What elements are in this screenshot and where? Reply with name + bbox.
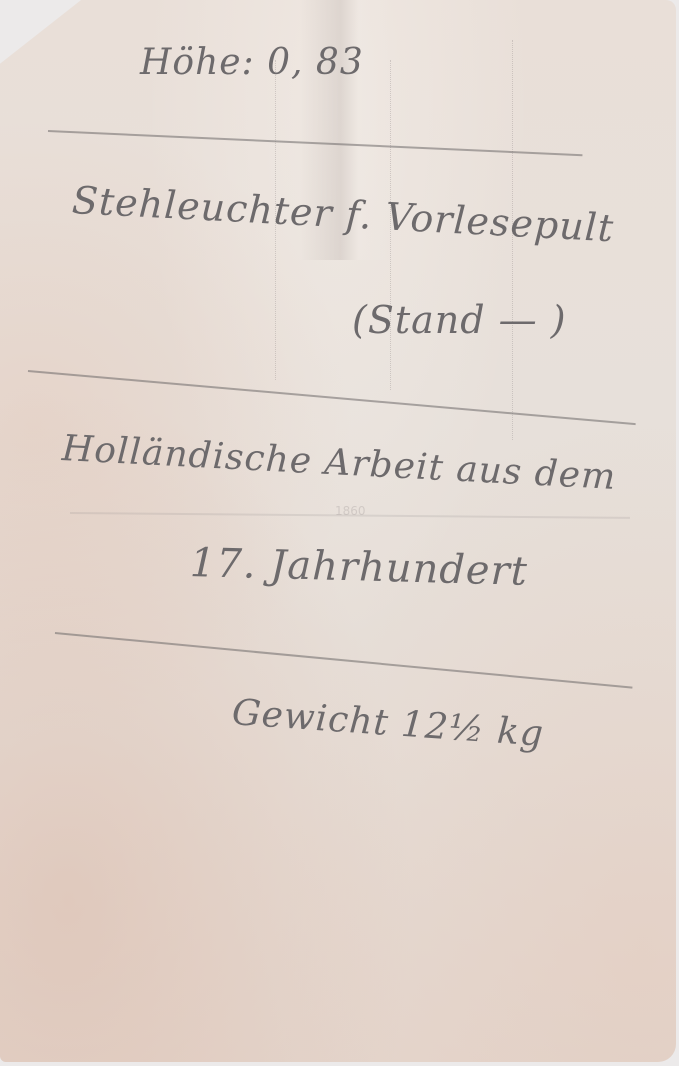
paper-card: Höhe: 0, 83 Stehleuchter f. Vorlesepult … (0, 0, 676, 1062)
origin-line-1: Holländische Arbeit aus dem (61, 428, 617, 498)
height-line: Höhe: 0, 83 (140, 42, 364, 83)
origin-line-2: 17. Jahrhundert (189, 540, 528, 595)
weight-line: Gewicht 12½ kg (231, 692, 546, 755)
divider-3 (55, 632, 633, 688)
divider-2 (28, 370, 636, 425)
object-note: (Stand — ) (352, 298, 567, 342)
